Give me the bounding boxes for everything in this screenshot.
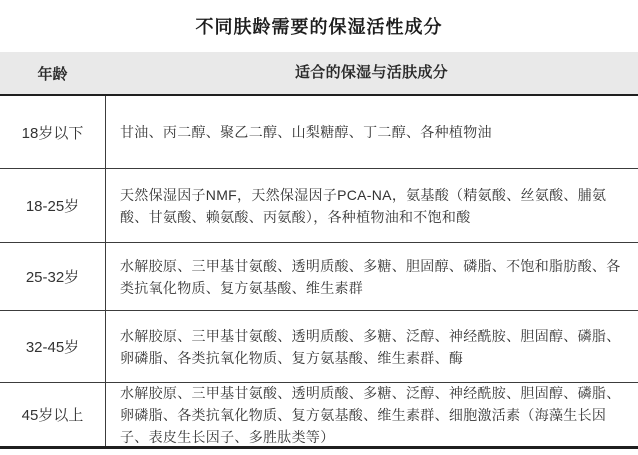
page-title: 不同肤龄需要的保湿活性成分 [196, 13, 443, 39]
age-cell: 32-45岁 [0, 311, 105, 382]
skin-age-ingredients-page: 不同肤龄需要的保湿活性成分 年龄 适合的保湿与活肤成分 18岁以下 甘油、丙二醇… [0, 0, 638, 455]
header-ingredients: 适合的保湿与活肤成分 [105, 52, 638, 94]
age-cell: 18岁以下 [0, 96, 105, 168]
age-cell: 18-25岁 [0, 169, 105, 242]
table-row-under-18: 18岁以下 甘油、丙二醇、聚乙二醇、山梨糖醇、丁二醇、各种植物油 [0, 96, 638, 169]
ingredients-cell: 天然保湿因子NMF，天然保湿因子PCA-NA，氨基酸（精氨酸、丝氨酸、脯氨酸、甘… [105, 169, 638, 242]
header-age: 年龄 [0, 52, 105, 94]
table-row-over-45: 45岁以上 水解胶原、三甲基甘氨酸、透明质酸、多糖、泛醇、神经酰胺、胆固醇、磷脂… [0, 383, 638, 449]
ingredients-cell: 水解胶原、三甲基甘氨酸、透明质酸、多糖、胆固醇、磷脂、不饱和脂肪酸、各类抗氧化物… [105, 243, 638, 310]
table-row-25-32: 25-32岁 水解胶原、三甲基甘氨酸、透明质酸、多糖、胆固醇、磷脂、不饱和脂肪酸… [0, 243, 638, 311]
ingredients-table: 年龄 适合的保湿与活肤成分 18岁以下 甘油、丙二醇、聚乙二醇、山梨糖醇、丁二醇… [0, 52, 638, 449]
age-cell: 25-32岁 [0, 243, 105, 310]
ingredients-cell: 甘油、丙二醇、聚乙二醇、山梨糖醇、丁二醇、各种植物油 [105, 96, 638, 168]
age-cell: 45岁以上 [0, 383, 105, 446]
table-row-32-45: 32-45岁 水解胶原、三甲基甘氨酸、透明质酸、多糖、泛醇、神经酰胺、胆固醇、磷… [0, 311, 638, 383]
ingredients-cell: 水解胶原、三甲基甘氨酸、透明质酸、多糖、泛醇、神经酰胺、胆固醇、磷脂、卵磷脂、各… [105, 311, 638, 382]
table-row-18-25: 18-25岁 天然保湿因子NMF，天然保湿因子PCA-NA，氨基酸（精氨酸、丝氨… [0, 169, 638, 243]
ingredients-cell: 水解胶原、三甲基甘氨酸、透明质酸、多糖、泛醇、神经酰胺、胆固醇、磷脂、卵磷脂、各… [105, 383, 638, 446]
title-bar: 不同肤龄需要的保湿活性成分 [0, 0, 638, 52]
table-header-row: 年龄 适合的保湿与活肤成分 [0, 52, 638, 96]
